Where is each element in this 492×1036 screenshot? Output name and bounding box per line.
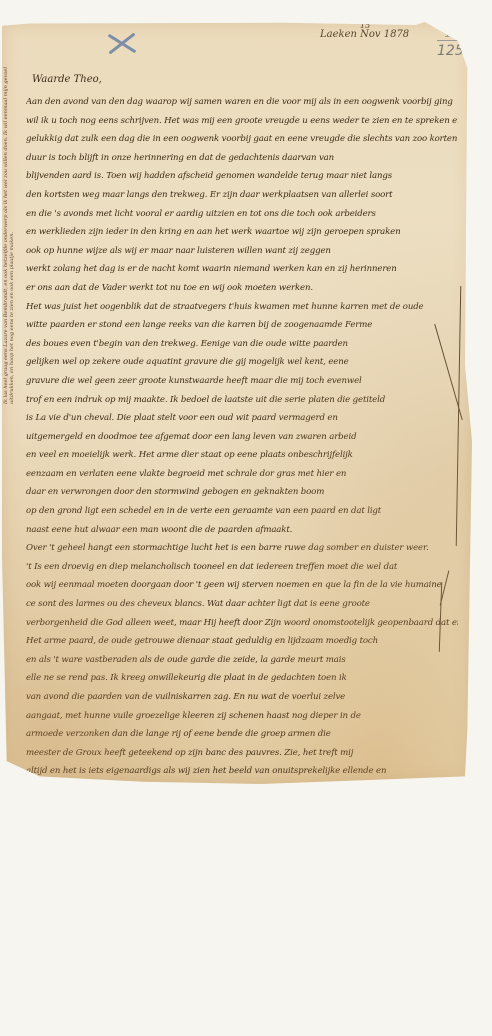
letter-line: Het arme paard, de oude getrouwe dienaar… <box>26 632 458 651</box>
place-date-line: 15 Laeken Nov 1878 <box>320 29 409 40</box>
letter-line: werkt zolang het dag is er de nacht komt… <box>26 260 458 279</box>
letter-line: wil ik u toch nog eens schrijven. Het wa… <box>26 112 458 131</box>
letter-line: Over 't geheel hangt een stormachtige lu… <box>26 539 458 558</box>
letter-line: en die 's avonds met licht vooral er aar… <box>26 205 458 224</box>
letter-line: ook op hunne wijze als wij er maar naar … <box>26 242 458 261</box>
letter-line: Aan den avond van den dag waarop wij sam… <box>26 93 458 112</box>
letter-line: naast eene hut alwaar een man woont die … <box>26 521 458 540</box>
letter-line: 't Is een droevig en diep melancholisch … <box>26 558 458 577</box>
salutation: Waarde Theo, <box>32 74 102 85</box>
letter-line: Het was juist het oogenblik dat de straa… <box>26 298 458 317</box>
letter-line: daar en verwrongen door den stormwind ge… <box>26 483 458 502</box>
letter-line: meester de Groux heeft geteekend op zijn… <box>26 744 458 763</box>
letter-line: aangaat, met hunne vuile groezelige klee… <box>26 707 458 726</box>
letter-line: des boues even t'begin van den trekweg. … <box>26 335 458 354</box>
letter-line: ook wij eenmaal moeten doorgaan door 't … <box>26 576 458 595</box>
letter-line: is La vie d'un cheval. Die plaat stelt v… <box>26 409 458 428</box>
letter-line: eenzaam en verlaten eene vlakte begroeid… <box>26 465 458 484</box>
letter-line: gelijken wel op zekere oude aquatint gra… <box>26 353 458 372</box>
letter-line: van avond die paarden van de vuilniskarr… <box>26 688 458 707</box>
letter-line: onbeschrijfelijke verlatenheid van eenza… <box>26 781 458 800</box>
letter-line: elle ne se rend pas. Ik kreeg onwillekeu… <box>26 669 458 688</box>
letter-line: op den grond ligt een schedel en in de v… <box>26 502 458 521</box>
letter-line: gelukkig dat zulk een dag die in een oog… <box>26 130 458 149</box>
letter-line: trof en een indruk op mij maakte. Ik bed… <box>26 391 458 410</box>
day-number: 15 <box>360 21 370 30</box>
letter-line: uitgemergeld en doodmoe tee afgemat door… <box>26 428 458 447</box>
letter-page: 15 Laeken Nov 1878 142 1256 Ik las heel … <box>2 22 472 784</box>
letter-line: verborgenheid die God alleen weet, maar … <box>26 614 458 633</box>
letter-line: gravure die wel geen zeer groote kunstwa… <box>26 372 458 391</box>
letter-line: en werklieden zijn ieder in den kring en… <box>26 223 458 242</box>
letter-line: blijvenden aard is. Toen wij hadden afsc… <box>26 167 458 186</box>
letter-line: altijd en het is iets eigenaardigs als w… <box>26 762 458 781</box>
blue-cross-mark <box>106 28 136 58</box>
place-date: Laeken Nov 1878 <box>320 29 409 40</box>
archive-number-top: 142 <box>437 28 473 41</box>
archive-number-bottom: 1256 <box>437 44 473 58</box>
letter-body: Aan den avond van den dag waarop wij sam… <box>26 93 458 800</box>
margin-note: Ik las heel graag eens Lazare van Rembra… <box>3 44 21 404</box>
letter-line: en veel en moeielijk werk. Het arme dier… <box>26 446 458 465</box>
letter-line: witte paarden er stond een lange reeks v… <box>26 316 458 335</box>
letter-line: duur is toch blijft in onze herinnering … <box>26 149 458 168</box>
letter-line: en als 't ware vastberaden als de oude g… <box>26 651 458 670</box>
archive-numbers: 142 1256 <box>437 28 473 58</box>
letter-line: den kortsten weg maar langs den trekweg.… <box>26 186 458 205</box>
letter-line: ce sont des larmes ou des cheveux blancs… <box>26 595 458 614</box>
letter-line: er ons aan dat de Vader werkt tot nu toe… <box>26 279 458 298</box>
letter-line: armoede verzonken dan die lange rij of e… <box>26 725 458 744</box>
